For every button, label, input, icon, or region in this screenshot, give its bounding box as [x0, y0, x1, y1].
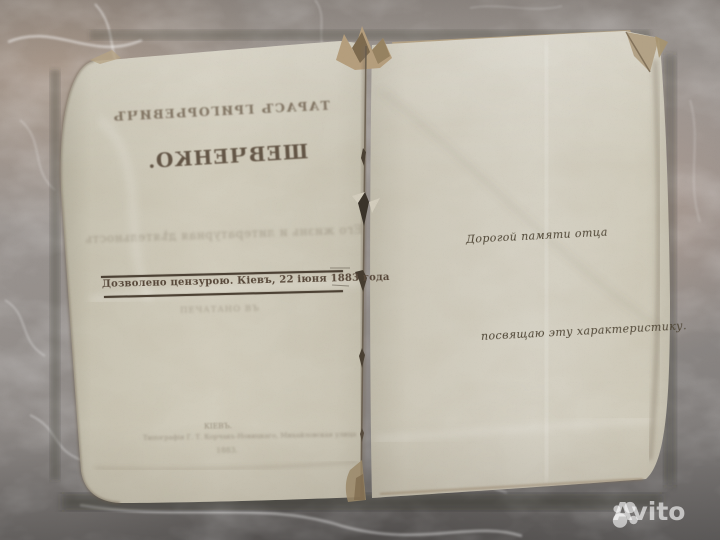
imprint-year: 1883.	[206, 445, 248, 455]
photo-grain	[0, 0, 720, 540]
imprint-city: КІЕВЪ.	[186, 421, 250, 431]
photo-open-antique-book: ТАРАСЪ ГРИГОРЬЕВИЧЪ ШЕВЧЕНКО. Его жизнь …	[0, 0, 720, 540]
avito-logo-icon	[608, 499, 647, 529]
book-illustration	[0, 0, 720, 540]
avito-watermark: Avito	[608, 499, 685, 524]
